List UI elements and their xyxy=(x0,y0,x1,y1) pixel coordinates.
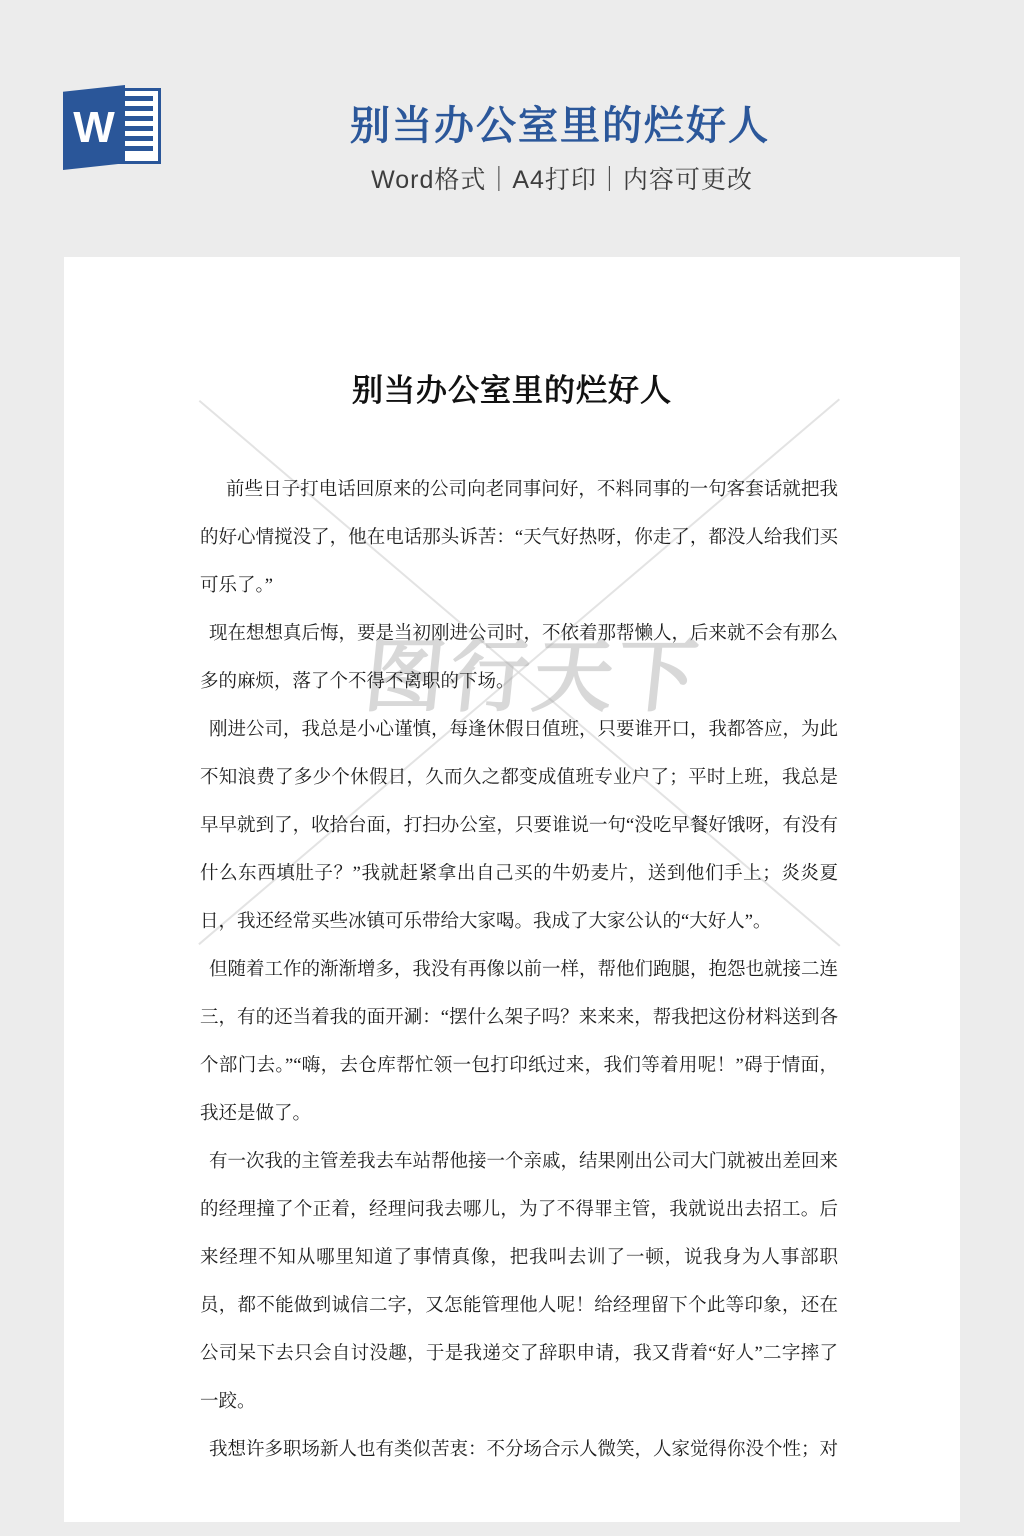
paragraph: 现在想想真后悔，要是当初刚进公司时，不依着那帮懒人，后来就不会有那么多的麻烦，落… xyxy=(200,610,838,706)
header: W 别当办公室里的烂好人 Word格式｜A4打印｜内容可更改 xyxy=(0,0,1024,257)
document-body: 前些日子打电话回原来的公司向老同事问好，不料同事的一句客套话就把我的好心情搅没了… xyxy=(64,466,960,1474)
document-title: 别当办公室里的烂好人 xyxy=(64,257,960,410)
word-logo-icon: W xyxy=(63,82,163,170)
template-title: 别当办公室里的烂好人 xyxy=(350,94,770,151)
paragraph: 前些日子打电话回原来的公司向老同事问好，不料同事的一句客套话就把我的好心情搅没了… xyxy=(200,466,838,610)
paragraph: 有一次我的主管差我去车站帮他接一个亲戚，结果刚出公司大门就被出差回来的经理撞了个… xyxy=(200,1138,838,1426)
word-icon-cover: W xyxy=(63,85,125,170)
paragraph: 但随着工作的渐渐增多，我没有再像以前一样，帮他们跑腿，抱怨也就接二连三，有的还当… xyxy=(200,946,838,1138)
template-subtitle: Word格式｜A4打印｜内容可更改 xyxy=(371,160,753,196)
word-icon-letter: W xyxy=(63,106,125,150)
paragraph: 我想许多职场新人也有类似苦衷：不分场合示人微笑，人家觉得你没个性；对 xyxy=(200,1426,838,1474)
paragraph: 刚进公司，我总是小心谨慎，每逢休假日值班，只要谁开口，我都答应，为此不知浪费了多… xyxy=(200,706,838,946)
document-page: 图行天下 别当办公室里的烂好人 前些日子打电话回原来的公司向老同事问好，不料同事… xyxy=(64,257,960,1522)
